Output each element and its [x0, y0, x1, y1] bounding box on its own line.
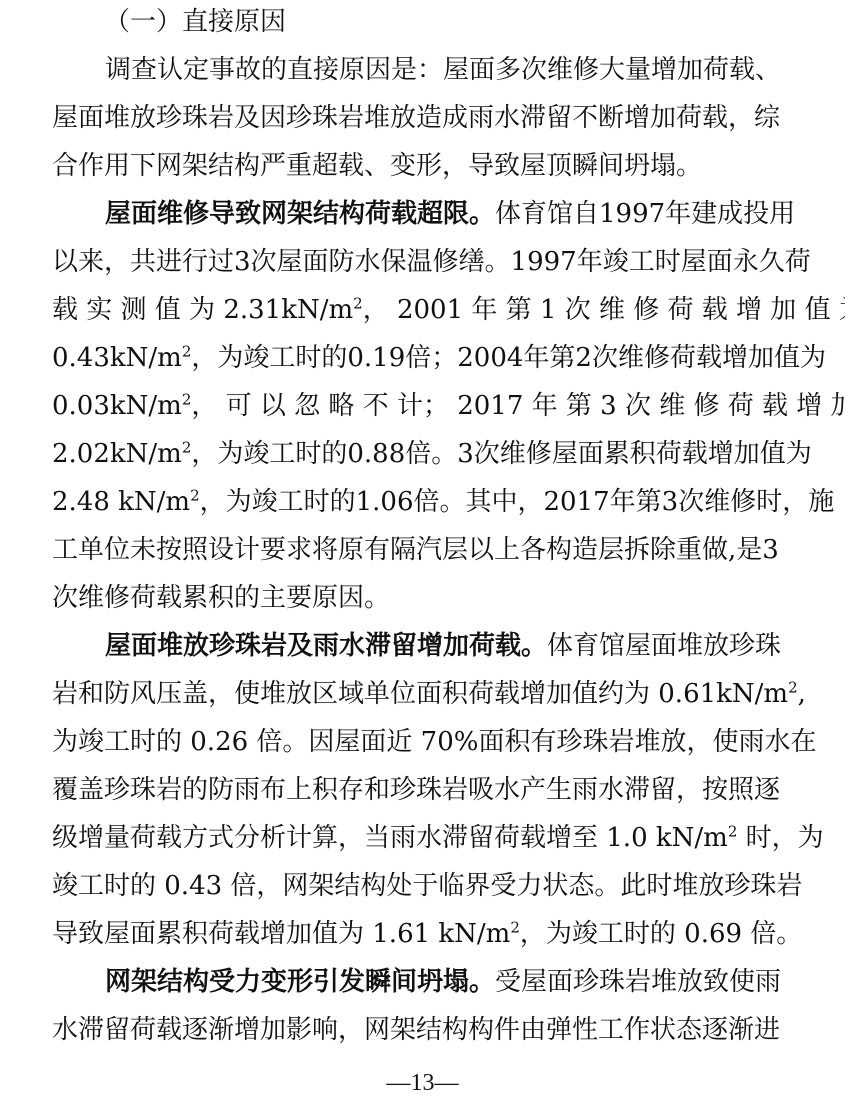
text-run: ， 可 以 忽 略 不 计； 2017 年 第 3 次 维 修 荷 载 增 加 …: [191, 391, 845, 421]
superscript: 2: [510, 918, 520, 936]
section-heading: （一）直接原因: [104, 2, 404, 42]
paragraph-3-line-4: 覆盖珍珠岩的防雨布上积存和珍珠岩吸水产生雨水滞留，按照逐: [52, 770, 777, 810]
paragraph-3-line-3: 为竣工时的 0.26 倍。因屋面近 70%面积有珍珠岩堆放，使雨水在: [52, 722, 777, 762]
paragraph-3-line-7: 导致屋面累积荷载增加值为 1.61 kN/m2，为竣工时的 0.69 倍。: [52, 914, 777, 954]
paragraph-4-line-1-text: 受屋面珍珠岩堆放致使雨: [495, 967, 781, 997]
paragraph-1-line-1: 调查认定事故的直接原因是：屋面多次维修大量增加荷载、: [105, 50, 777, 90]
paragraph-4-line-2: 水滞留荷载逐渐增加影响，网架结构构件由弹性工作状态逐渐进: [52, 1010, 777, 1050]
superscript: 2: [182, 390, 192, 408]
paragraph-3-line-1: 屋面堆放珍珠岩及雨水滞留增加荷载。体育馆屋面堆放珍珠: [105, 626, 777, 666]
text-run: 导致屋面累积荷载增加值为 1.61 kN/m: [52, 919, 510, 949]
superscript: 2: [182, 342, 192, 360]
paragraph-3-line-1-text: 体育馆屋面堆放珍珠: [547, 631, 781, 661]
text-run: ，为竣工时的0.19倍；2004年第2次维修荷载增加值为: [191, 343, 826, 373]
paragraph-3-line-5: 级增量荷载方式分析计算，当雨水滞留荷载增至 1.0 kN/m2 时，为: [52, 818, 777, 858]
paragraph-2-line-7: 2.48 kN/m2，为竣工时的1.06倍。其中，2017年第3次维修时，施: [52, 482, 777, 522]
superscript: 2: [353, 294, 363, 312]
text-run: ，为竣工时的1.06倍。其中，2017年第3次维修时，施: [200, 487, 835, 517]
text-run: 载 实 测 值 为 2.31kN/m: [52, 295, 353, 325]
paragraph-1-line-3: 合作用下网架结构严重超载、变形，导致屋顶瞬间坍塌。: [52, 146, 777, 186]
text-run: 岩和防风压盖，使堆放区域单位面积荷载增加值约为 0.61kN/m: [52, 679, 788, 709]
text-run: ， 2001 年 第 1 次 维 修 荷 载 增 加 值 为: [363, 295, 845, 325]
paragraph-2-line-6: 2.02kN/m2，为竣工时的0.88倍。3次维修屋面累积荷载增加值为: [52, 434, 777, 474]
paragraph-2-line-5: 0.03kN/m2， 可 以 忽 略 不 计； 2017 年 第 3 次 维 修…: [52, 386, 777, 426]
paragraph-2-line-1: 屋面维修导致网架结构荷载超限。体育馆自1997年建成投用: [105, 194, 777, 234]
text-run: ,: [798, 679, 806, 709]
text-run: ，为竣工时的0.88倍。3次维修屋面累积荷载增加值为: [191, 439, 811, 469]
text-run: 2.02kN/m: [52, 439, 182, 469]
text-run: 0.43kN/m: [52, 343, 182, 373]
superscript: 2: [728, 822, 738, 840]
paragraph-2-line-8: 工单位未按照设计要求将原有隔汽层以上各构造层拆除重做,是3: [52, 530, 777, 570]
text-run: ，为竣工时的 0.69 倍。: [520, 919, 802, 949]
superscript: 2: [788, 678, 798, 696]
paragraph-2-bold-lead: 屋面维修导致网架结构荷载超限。: [105, 199, 495, 229]
paragraph-2-line-1-text: 体育馆自1997年建成投用: [495, 199, 795, 229]
text-run: 0.03kN/m: [52, 391, 182, 421]
paragraph-3-line-6: 竣工时的 0.43 倍，网架结构处于临界受力状态。此时堆放珍珠岩: [52, 866, 777, 906]
paragraph-2-line-9: 次维修荷载累积的主要原因。: [52, 578, 777, 618]
page-number: —13—: [0, 1068, 845, 1098]
paragraph-3-line-2: 岩和防风压盖，使堆放区域单位面积荷载增加值约为 0.61kN/m2,: [52, 674, 777, 714]
paragraph-3-bold-lead: 屋面堆放珍珠岩及雨水滞留增加荷载。: [105, 631, 547, 661]
paragraph-1-line-2: 屋面堆放珍珠岩及因珍珠岩堆放造成雨水滞留不断增加荷载，综: [52, 98, 777, 138]
paragraph-2-line-3: 载 实 测 值 为 2.31kN/m2， 2001 年 第 1 次 维 修 荷 …: [52, 290, 777, 330]
text-run: 2.48 kN/m: [52, 487, 190, 517]
paragraph-2-line-4: 0.43kN/m2，为竣工时的0.19倍；2004年第2次维修荷载增加值为: [52, 338, 777, 378]
paragraph-2-line-2: 以来，共进行过3次屋面防水保温修缮。1997年竣工时屋面永久荷: [52, 242, 777, 282]
text-run: 时，为: [737, 823, 823, 853]
superscript: 2: [182, 438, 192, 456]
paragraph-4-line-1: 网架结构受力变形引发瞬间坍塌。受屋面珍珠岩堆放致使雨: [105, 962, 777, 1002]
paragraph-4-bold-lead: 网架结构受力变形引发瞬间坍塌。: [105, 967, 495, 997]
text-run: 级增量荷载方式分析计算，当雨水滞留荷载增至 1.0 kN/m: [52, 823, 728, 853]
superscript: 2: [190, 486, 200, 504]
